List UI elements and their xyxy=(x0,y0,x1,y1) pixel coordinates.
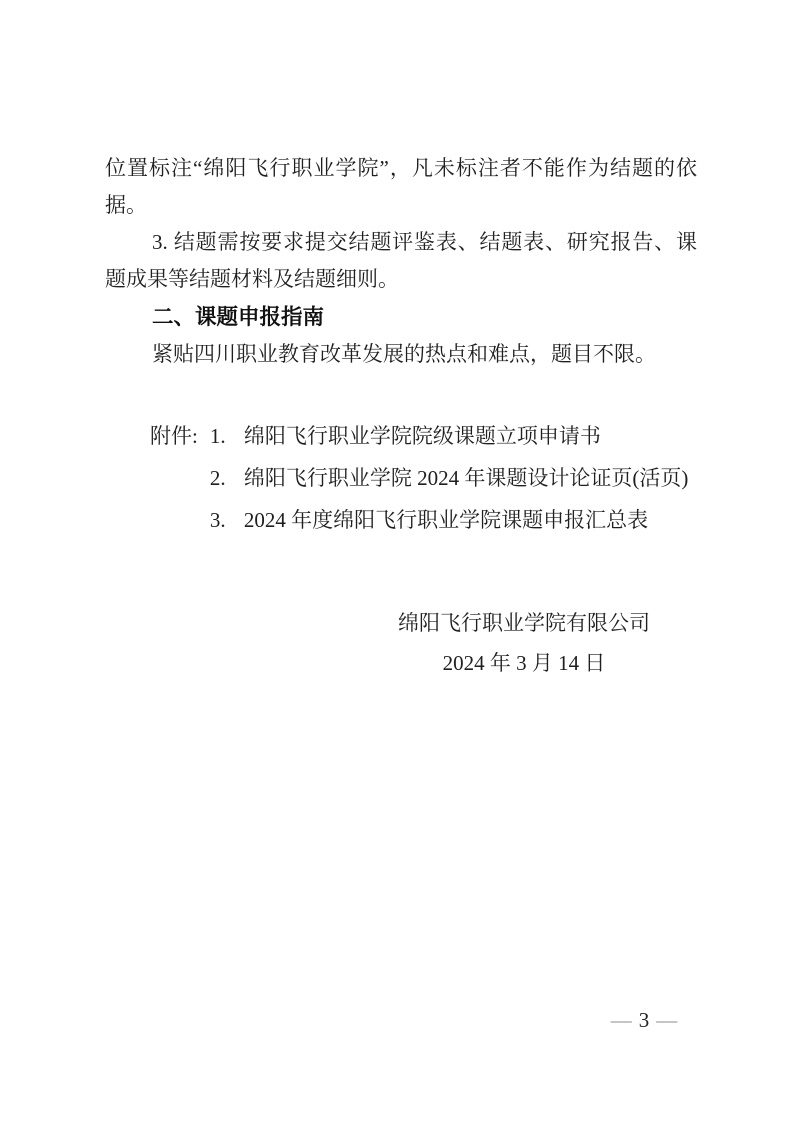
attachment-text: 2024 年度绵阳飞行职业学院课题申报汇总表 xyxy=(244,499,648,541)
page-number: — 3 — xyxy=(608,1008,680,1032)
signature-organization: 绵阳飞行职业学院有限公司 xyxy=(398,603,650,643)
attachment-number: 2. xyxy=(210,457,244,499)
paragraph-continuation: 位置标注“绵阳飞行职业学院”，凡未标注者不能作为结题的依据。 xyxy=(105,150,697,224)
attachment-text: 绵阳飞行职业学院院级课题立项申请书 xyxy=(244,415,601,457)
signature-block: 绵阳飞行职业学院有限公司 2024 年 3 月 14 日 xyxy=(398,603,650,683)
page-number-value: 3 xyxy=(639,1008,650,1032)
section-heading: 二、课题申报指南 xyxy=(105,298,697,336)
attachment-item-2: 2. 绵阳飞行职业学院 2024 年课题设计论证页(活页) xyxy=(210,457,689,499)
page-number-dash-right: — xyxy=(656,1008,677,1032)
document-page: 位置标注“绵阳飞行职业学院”，凡未标注者不能作为结题的依据。 3. 结题需按要求… xyxy=(0,0,793,1122)
attachment-item-1: 1. 绵阳飞行职业学院院级课题立项申请书 xyxy=(210,415,689,457)
attachments-label: 附件: xyxy=(150,415,198,457)
document-body: 位置标注“绵阳飞行职业学院”，凡未标注者不能作为结题的依据。 3. 结题需按要求… xyxy=(105,150,697,683)
attachment-text: 绵阳飞行职业学院 2024 年课题设计论证页(活页) xyxy=(244,457,689,499)
signature-date: 2024 年 3 月 14 日 xyxy=(398,643,650,683)
paragraph-point-3: 3. 结题需按要求提交结题评鉴表、结题表、研究报告、课题成果等结题材料及结题细则… xyxy=(105,224,697,298)
attachment-number: 3. xyxy=(210,499,244,541)
attachments-block: 附件: 1. 绵阳飞行职业学院院级课题立项申请书 2. 绵阳飞行职业学院 202… xyxy=(150,415,697,541)
attachment-item-3: 3. 2024 年度绵阳飞行职业学院课题申报汇总表 xyxy=(210,499,689,541)
attachments-list: 1. 绵阳飞行职业学院院级课题立项申请书 2. 绵阳飞行职业学院 2024 年课… xyxy=(210,415,689,541)
attachment-number: 1. xyxy=(210,415,244,457)
paragraph-guide: 紧贴四川职业教育改革发展的热点和难点，题目不限。 xyxy=(105,336,697,373)
page-number-dash-left: — xyxy=(611,1008,632,1032)
